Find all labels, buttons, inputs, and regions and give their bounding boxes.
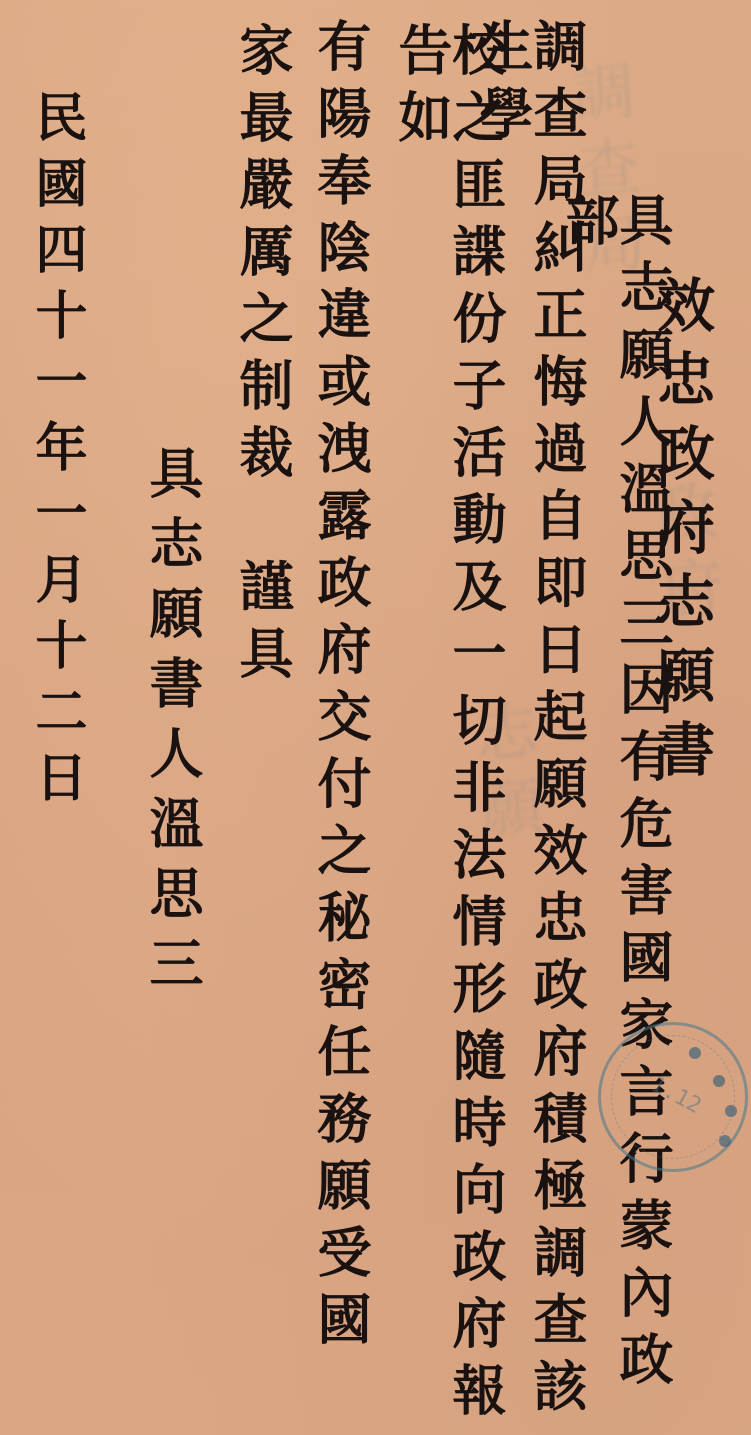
seal-mark — [689, 1047, 701, 1059]
seal-mark — [725, 1105, 737, 1117]
official-seal-stamp: 1.12 — [598, 1022, 748, 1172]
seal-mark — [713, 1075, 725, 1087]
document-page: 調查局 政府 志願 效忠政府志願書 具志願人溫思三因有危害國家言行蒙內政部 調查… — [0, 0, 751, 1435]
body-column-5: 家最嚴厲之制裁 謹具 — [236, 22, 290, 692]
seal-mark — [719, 1135, 731, 1147]
body-column-3: 校之匪諜份子活動及一切非法情形隨時向政府報告如 — [395, 22, 503, 1435]
body-column-4: 有陽奉陰違或洩露政府交付之秘密任務願受國 — [314, 18, 368, 1358]
date-line: 民國四十一年一月十二日 — [30, 90, 82, 816]
signature-line: 具志願書人溫思三 — [146, 445, 200, 1005]
